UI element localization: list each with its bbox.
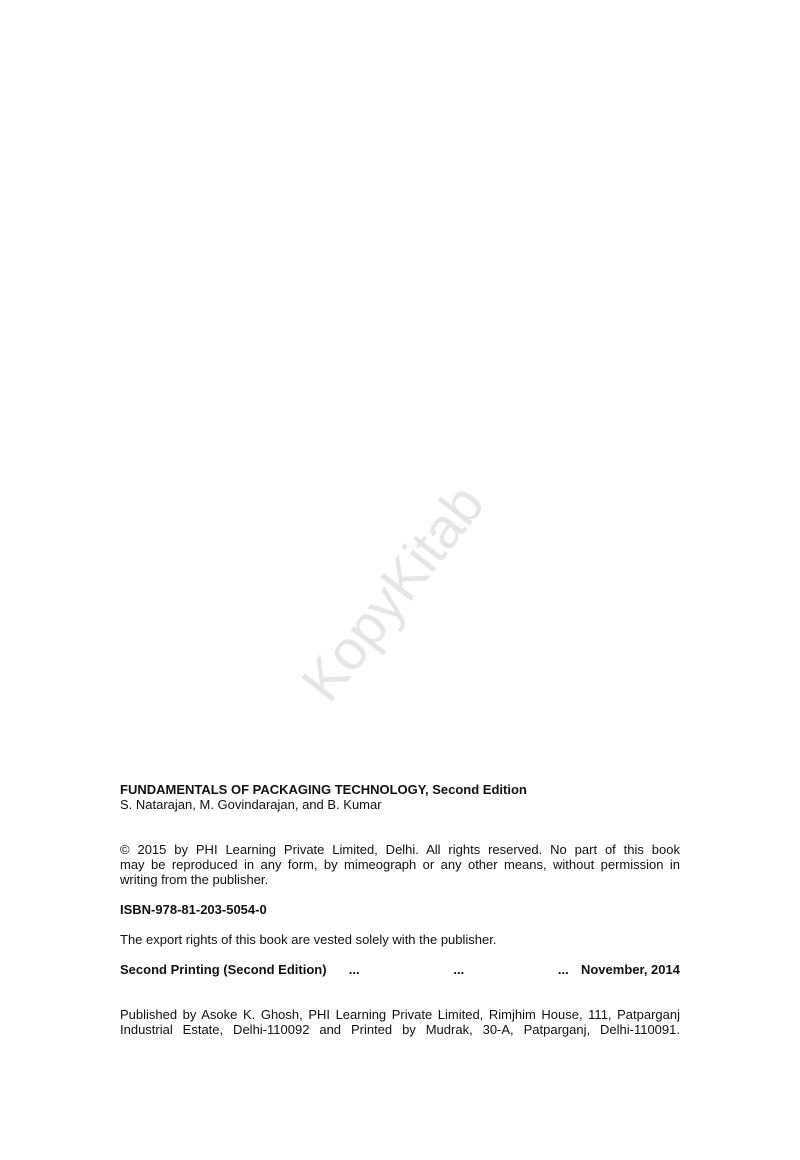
publisher-line-2: Industrial Estate, Delhi-110092 and Prin…: [120, 1022, 680, 1037]
export-rights: The export rights of this book are veste…: [120, 932, 680, 947]
book-info: FUNDAMENTALS OF PACKAGING TECHNOLOGY, Se…: [120, 782, 680, 812]
printing-label: Second Printing (Second Edition): [120, 962, 327, 977]
copyright-line-3: writing from the publisher.: [120, 872, 680, 887]
publisher-info: Published by Asoke K. Ghosh, PHI Learnin…: [120, 1007, 680, 1037]
copyright-line-2: may be reproduced in any form, by mimeog…: [120, 857, 680, 872]
publisher-line-1: Published by Asoke K. Ghosh, PHI Learnin…: [120, 1007, 680, 1022]
dots-3: ...: [558, 962, 569, 977]
copyright-notice: © 2015 by PHI Learning Private Limited, …: [120, 842, 680, 887]
watermark: KopyKitab: [288, 472, 496, 713]
printing-row: Second Printing (Second Edition) ... ...…: [120, 962, 680, 977]
copyright-line-1: © 2015 by PHI Learning Private Limited, …: [120, 842, 680, 857]
printing-date: November, 2014: [581, 962, 680, 977]
dots-1: ...: [349, 962, 360, 977]
book-authors: S. Natarajan, M. Govindarajan, and B. Ku…: [120, 797, 680, 812]
printing-info: Second Printing (Second Edition) ... ...…: [120, 962, 680, 977]
printing-dots: ... ... ...: [339, 962, 569, 977]
isbn: ISBN-978-81-203-5054-0: [120, 902, 680, 917]
dots-2: ...: [453, 962, 464, 977]
book-title: FUNDAMENTALS OF PACKAGING TECHNOLOGY, Se…: [120, 782, 680, 797]
